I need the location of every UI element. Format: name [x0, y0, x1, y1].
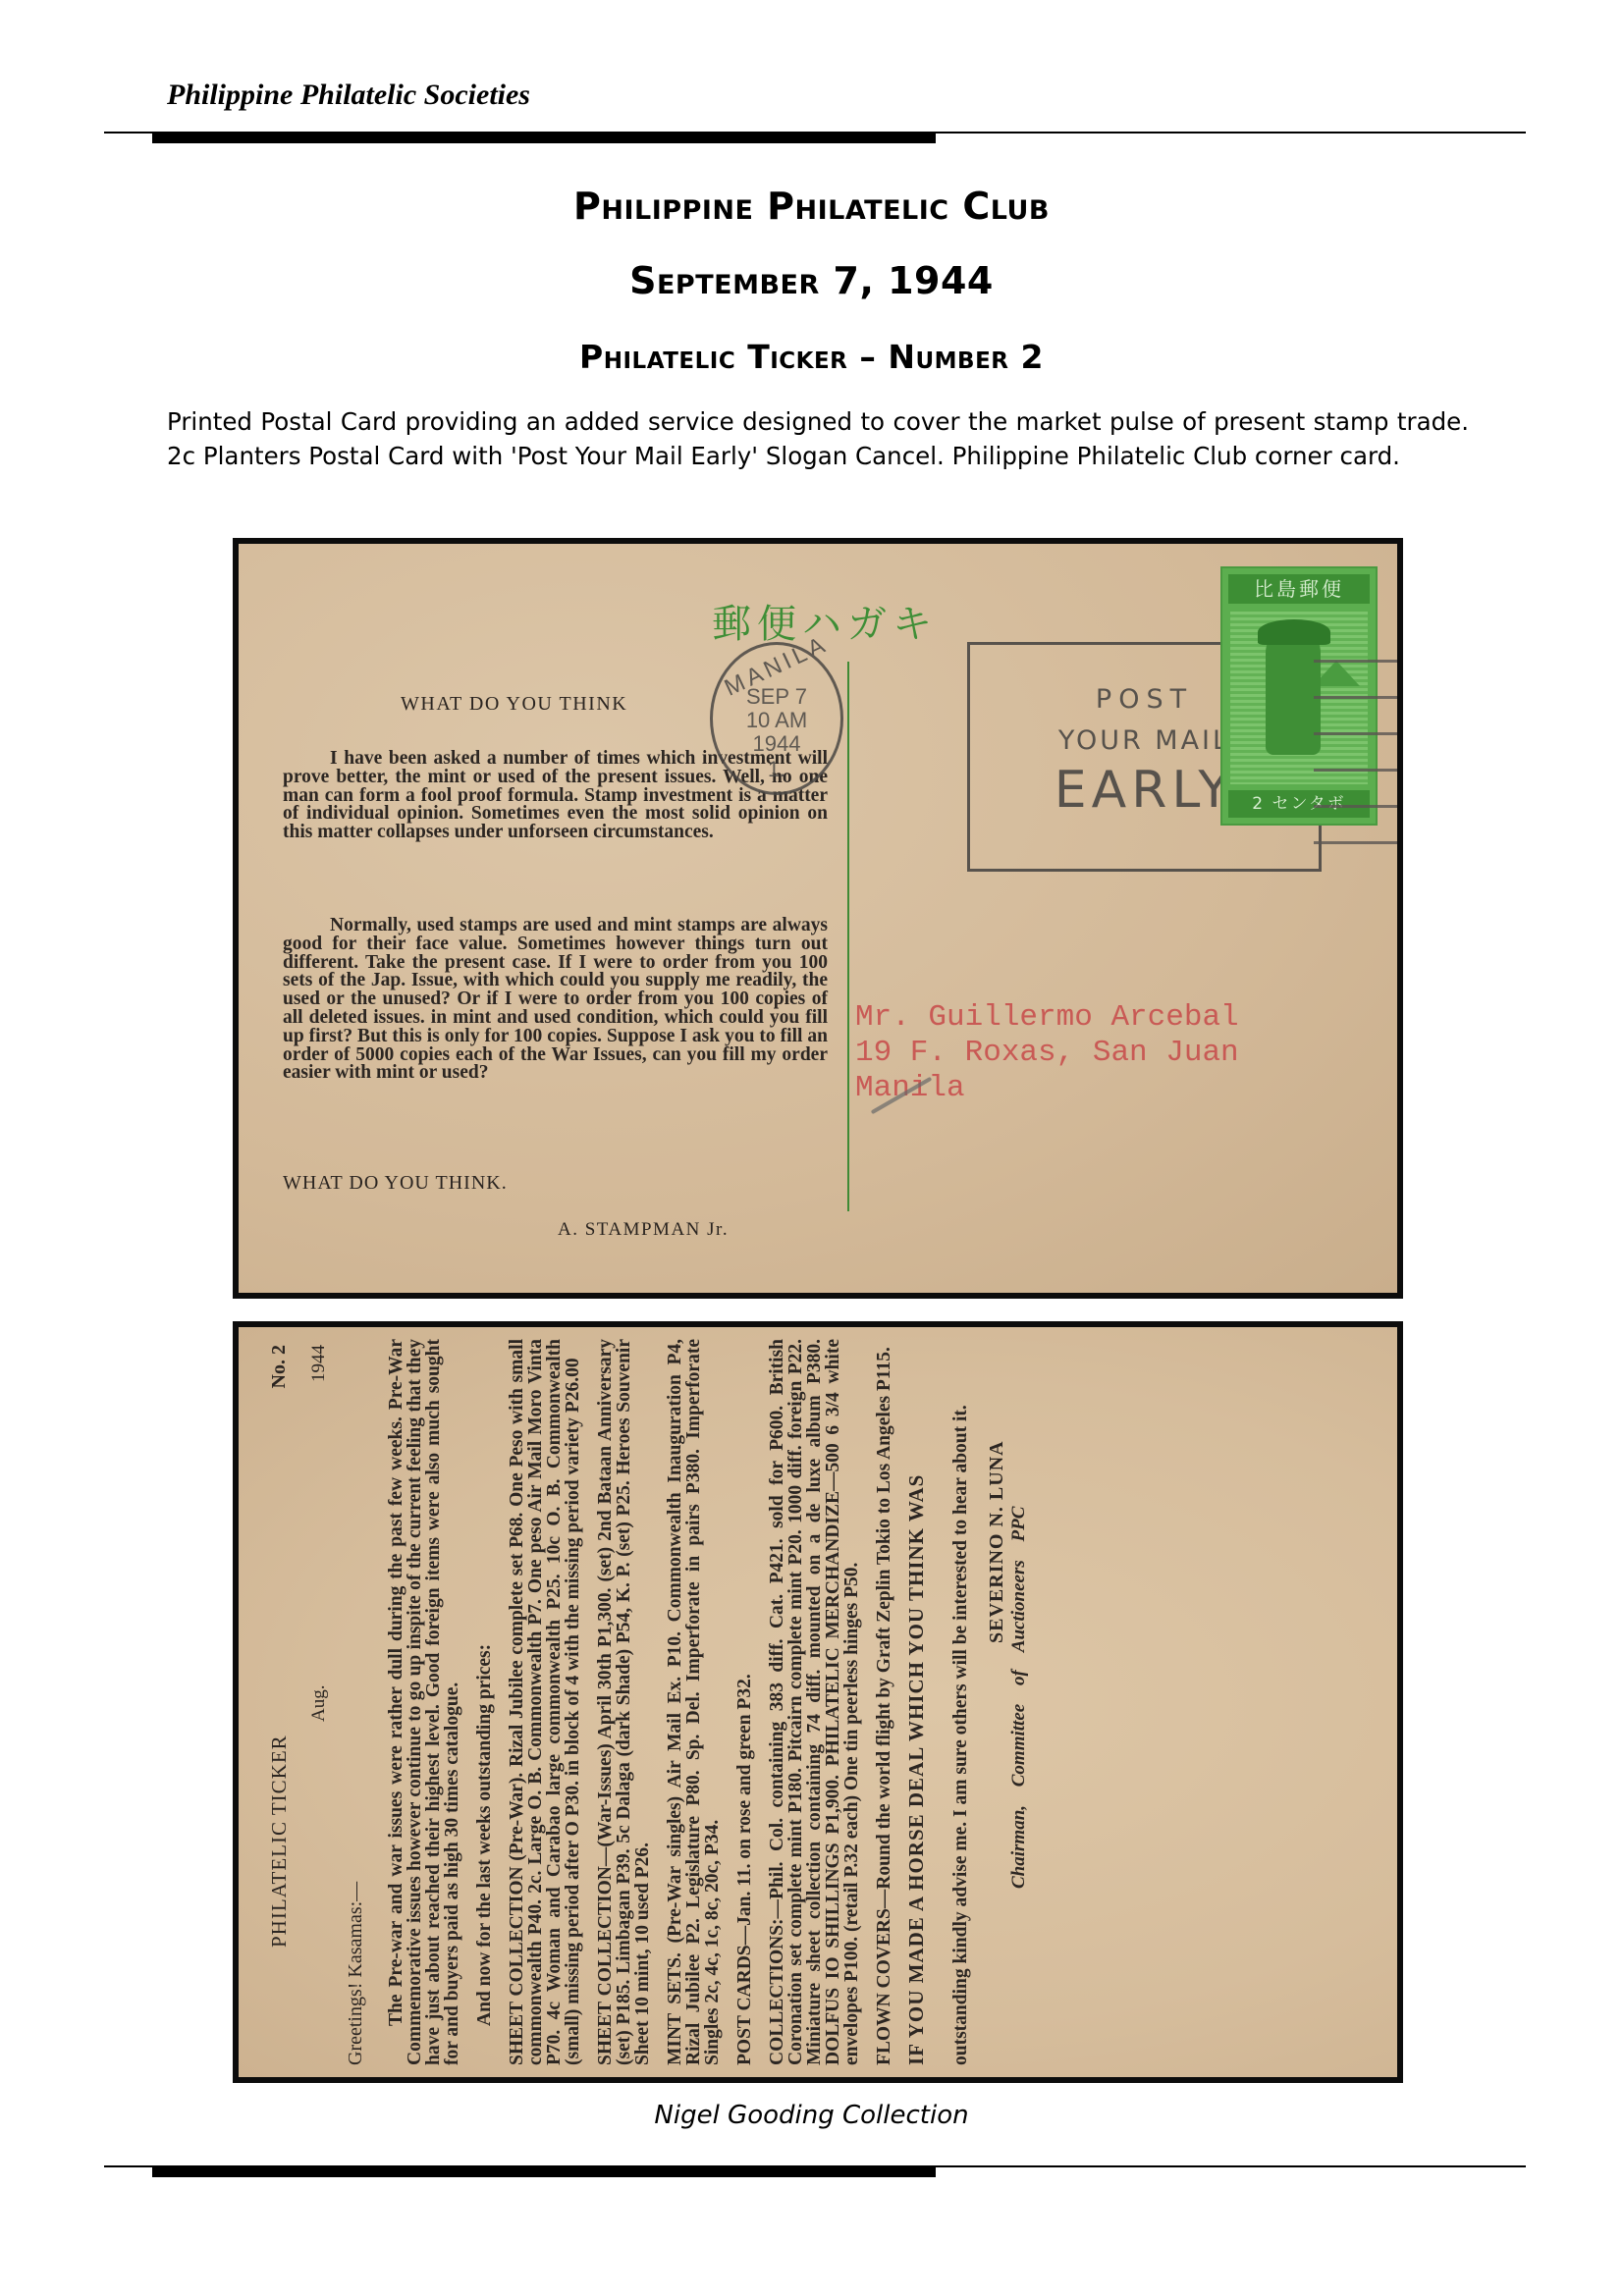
ticker-date-row: Aug. 1944 [309, 1339, 331, 2065]
postal-card-back: PHILATELIC TICKER No. 2 Aug. 1944 Greeti… [233, 1321, 1403, 2083]
ticker-text: PHILATELIC TICKER No. 2 Aug. 1944 Greeti… [248, 1339, 1037, 2065]
ticker-paragraph: SHEET COLLECTION—(War-Issues) April 30th… [596, 1339, 652, 2065]
signer-name: SEVERINO N. LUNA [988, 1440, 1006, 1643]
ticker-paragraph: FLOWN COVERS—Round the world flight by G… [875, 1339, 893, 2065]
cancel-bar [1314, 696, 1403, 699]
postal-card-front: 郵便ハガキ WHAT DO YOU THINK I have been aske… [233, 538, 1403, 1299]
card-divider [847, 662, 849, 1211]
intro-text: Printed Postal Card providing an added s… [167, 404, 1469, 473]
postmark-number: 1. [713, 759, 840, 780]
ticker-paragraph: POST CARDS—Jan. 11. on rose and green P3… [735, 1339, 754, 2065]
front-heading: WHAT DO YOU THINK [401, 693, 627, 716]
ticker-paragraph: COLLECTIONS:—Phil. Col. containing 383 d… [768, 1339, 861, 2065]
postmark-year: 1944 [713, 733, 840, 755]
ticker-month: Aug. [309, 1685, 328, 1722]
hat-icon [1258, 619, 1330, 645]
address-line-2: 19 F. Roxas, San Juan [855, 1036, 1239, 1071]
cancel-bar [1314, 805, 1403, 808]
postmark-time: 10 AM [713, 710, 840, 731]
postmark-circle: MANILA SEP 7 10 AM 1944 1. [710, 642, 843, 795]
ticker-signature: SEVERINO N. LUNA Chairman, Committee of … [988, 1339, 1037, 2065]
ticker-greeting: Greetings! Kasamas:— [347, 1339, 365, 2065]
ticker-number: No. 2 [270, 1345, 289, 1388]
ticker-paragraph: And now for the last weeks outstanding p… [475, 1339, 494, 2065]
stamp-top-text: 比島郵便 [1228, 574, 1370, 604]
cancel-bar [1314, 660, 1403, 663]
header-rule-thick [152, 133, 936, 143]
ticker-paragraph: MINT SETS. (Pre-War singles) Air Mail Ex… [666, 1339, 722, 2065]
page-subtitle: Philatelic Ticker – Number 2 [0, 338, 1623, 376]
ticker-shout: IF YOU MADE A HORSE DEAL WHICH YOU THINK… [907, 1339, 926, 2065]
cancel-bar [1314, 841, 1403, 844]
postmark-date: SEP 7 [713, 686, 840, 708]
page-title: Philippine Philatelic Club [0, 185, 1623, 228]
collection-caption: Nigel Gooding Collection [0, 2101, 1623, 2130]
front-closing: WHAT DO YOU THINK. [283, 1172, 508, 1195]
stamp-value-text: 2 センタボ [1228, 790, 1370, 818]
back-rotated-content: PHILATELIC TICKER No. 2 Aug. 1944 Greeti… [248, 1339, 1387, 2065]
footer-rule-thick [152, 2167, 936, 2177]
ticker-header-row: PHILATELIC TICKER No. 2 [270, 1339, 292, 2065]
cancel-bar [1314, 732, 1403, 735]
signer-role: Chairman, Committee of Auctioneers PPC [1009, 1507, 1028, 1889]
front-signature: A. STAMPMAN Jr. [558, 1219, 729, 1241]
running-head: Philippine Philatelic Societies [167, 79, 530, 112]
front-paragraph-2: Normally, used stamps are used and mint … [283, 917, 828, 1083]
cancel-bar [1314, 769, 1403, 772]
page-date: September 7, 1944 [0, 259, 1623, 302]
ticker-paragraph: SHEET COLLECTION (Pre-War). Rizal Jubile… [508, 1339, 582, 2065]
ticker-paragraph: The Pre-war and war issues were rather d… [387, 1339, 461, 2065]
ticker-title: PHILATELIC TICKER [270, 1321, 289, 2065]
ticker-closing: outstanding kindly advise me. I am sure … [951, 1339, 970, 2065]
ticker-year: 1944 [309, 1345, 328, 1382]
planter-figure-icon [1266, 627, 1321, 755]
address-line-1: Mr. Guillermo Arcebal [855, 1000, 1239, 1036]
